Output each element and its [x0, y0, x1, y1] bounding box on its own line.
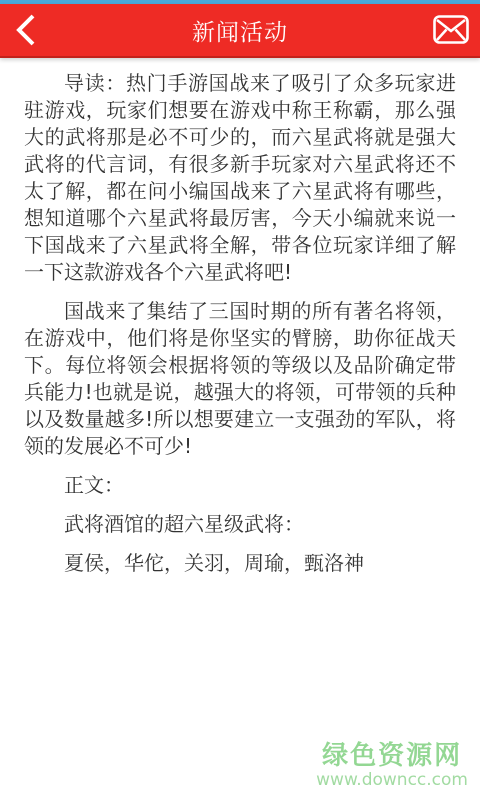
chevron-left-icon [14, 13, 38, 50]
article-paragraph-intro: 导读：热门手游国战来了吸引了众多玩家进驻游戏，玩家们想要在游戏中称王称霸，那么强… [24, 70, 456, 286]
back-button[interactable] [0, 4, 52, 58]
watermark: 绿色资源网 www.downcc.com [316, 742, 468, 790]
watermark-site-url: www.downcc.com [316, 770, 468, 790]
article-body: 导读：热门手游国战来了吸引了众多玩家进驻游戏，玩家们想要在游戏中称王称霸，那么强… [0, 70, 480, 577]
header-bar: 新闻活动 [0, 4, 480, 58]
article-paragraph-general-list: 夏侯，华佗，关羽，周瑜，甄洛神 [24, 550, 456, 577]
mail-button[interactable] [422, 4, 480, 58]
watermark-site-name: 绿色资源网 [316, 742, 468, 770]
article-paragraph-tavern-heading: 武将酒馆的超六星级武将： [24, 511, 456, 538]
article-paragraph-overview: 国战来了集结了三国时期的所有著名将领，在游戏中，他们将是你坚实的臂膀，助你征战天… [24, 298, 456, 460]
page-title: 新闻活动 [192, 14, 288, 47]
article-paragraph-main-label: 正文： [24, 472, 456, 499]
envelope-icon [433, 15, 469, 47]
app-screen: 新闻活动 导读：热门手游国战来了吸引了众多玩家进驻游戏，玩家们想要在游戏中称王称… [0, 0, 480, 800]
